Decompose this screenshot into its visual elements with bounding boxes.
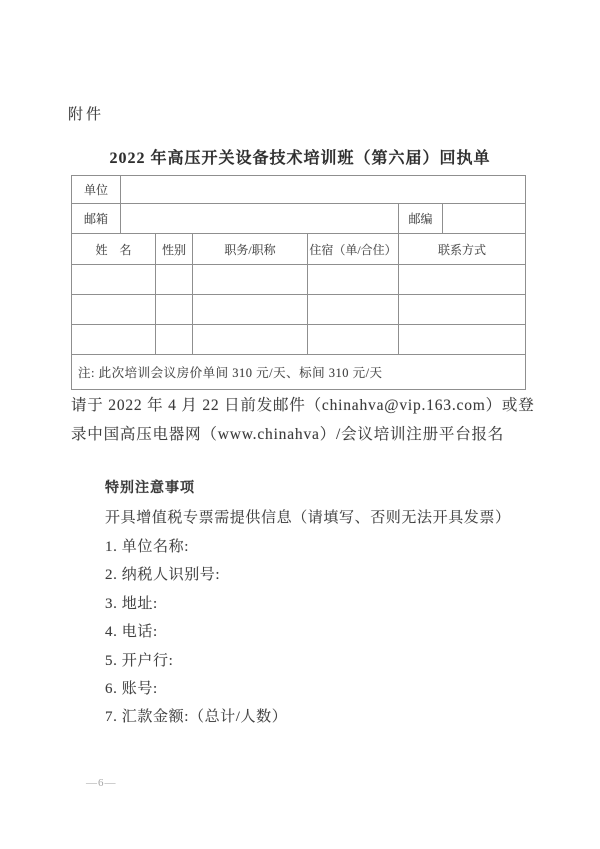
header-name: 姓 名 bbox=[72, 234, 156, 265]
empty-accommodation-cell bbox=[308, 265, 399, 295]
table-row-email: 邮箱 邮编 bbox=[72, 204, 526, 234]
table-empty-row bbox=[72, 295, 526, 325]
empty-position-cell bbox=[193, 325, 308, 355]
scanned-document-page: 附件 2022 年高压开关设备技术培训班（第六届）回执单 单位 邮箱 邮编 姓 … bbox=[0, 0, 600, 849]
header-contact: 联系方式 bbox=[399, 234, 526, 265]
table-note-row: 注: 此次培训会议房价单间 310 元/天、标间 310 元/天 bbox=[72, 355, 526, 390]
empty-contact-cell bbox=[399, 325, 526, 355]
empty-accommodation-cell bbox=[308, 295, 399, 325]
email-value-cell bbox=[121, 204, 399, 234]
invoice-item-taxpayer-id: 2. 纳税人识别号: bbox=[105, 561, 287, 589]
invoice-info-list: 1. 单位名称: 2. 纳税人识别号: 3. 地址: 4. 电话: 5. 开户行… bbox=[105, 533, 287, 732]
empty-name-cell bbox=[72, 265, 156, 295]
table-header-row: 姓 名 性别 职务/职称 住宿（单/合住） 联系方式 bbox=[72, 234, 526, 265]
empty-position-cell bbox=[193, 295, 308, 325]
empty-contact-cell bbox=[399, 265, 526, 295]
invoice-item-phone: 4. 电话: bbox=[105, 618, 287, 646]
empty-position-cell bbox=[193, 265, 308, 295]
empty-name-cell bbox=[72, 325, 156, 355]
header-accommodation: 住宿（单/合住） bbox=[308, 234, 399, 265]
table-row-unit: 单位 bbox=[72, 176, 526, 204]
page-number: —6— bbox=[86, 777, 117, 789]
postcode-value-cell bbox=[443, 204, 526, 234]
empty-name-cell bbox=[72, 295, 156, 325]
unit-value-cell bbox=[121, 176, 526, 204]
table-empty-row bbox=[72, 325, 526, 355]
registration-line-1: 请于 2022 年 4 月 22 日前发邮件（chinahva@vip.163.… bbox=[71, 391, 541, 420]
invoice-item-account: 6. 账号: bbox=[105, 675, 287, 703]
empty-gender-cell bbox=[156, 295, 193, 325]
header-position: 职务/职称 bbox=[193, 234, 308, 265]
empty-gender-cell bbox=[156, 265, 193, 295]
invoice-item-remittance: 7. 汇款金额:（总计/人数） bbox=[105, 703, 287, 731]
email-label: 邮箱 bbox=[72, 204, 121, 234]
empty-gender-cell bbox=[156, 325, 193, 355]
special-notice-heading: 特别注意事项 bbox=[105, 477, 195, 497]
registration-line-2: 录中国高压电器网（www.chinahva）/会议培训注册平台报名 bbox=[71, 420, 541, 449]
invoice-info-intro: 开具增值税专票需提供信息（请填写、否则无法开具发票） bbox=[105, 506, 511, 527]
invoice-item-company-name: 1. 单位名称: bbox=[105, 533, 287, 561]
table-note: 注: 此次培训会议房价单间 310 元/天、标间 310 元/天 bbox=[72, 355, 526, 390]
page-title: 2022 年高压开关设备技术培训班（第六届）回执单 bbox=[0, 145, 600, 168]
reply-form-table: 单位 邮箱 邮编 姓 名 性别 职务/职称 住宿（单/合住） 联系方式 bbox=[71, 175, 526, 390]
postcode-label: 邮编 bbox=[399, 204, 443, 234]
empty-contact-cell bbox=[399, 295, 526, 325]
invoice-item-bank: 5. 开户行: bbox=[105, 647, 287, 675]
empty-accommodation-cell bbox=[308, 325, 399, 355]
attachment-label: 附件 bbox=[68, 103, 104, 124]
invoice-item-address: 3. 地址: bbox=[105, 590, 287, 618]
unit-label: 单位 bbox=[72, 176, 121, 204]
registration-instructions: 请于 2022 年 4 月 22 日前发邮件（chinahva@vip.163.… bbox=[71, 391, 541, 449]
table-empty-row bbox=[72, 265, 526, 295]
header-gender: 性别 bbox=[156, 234, 193, 265]
